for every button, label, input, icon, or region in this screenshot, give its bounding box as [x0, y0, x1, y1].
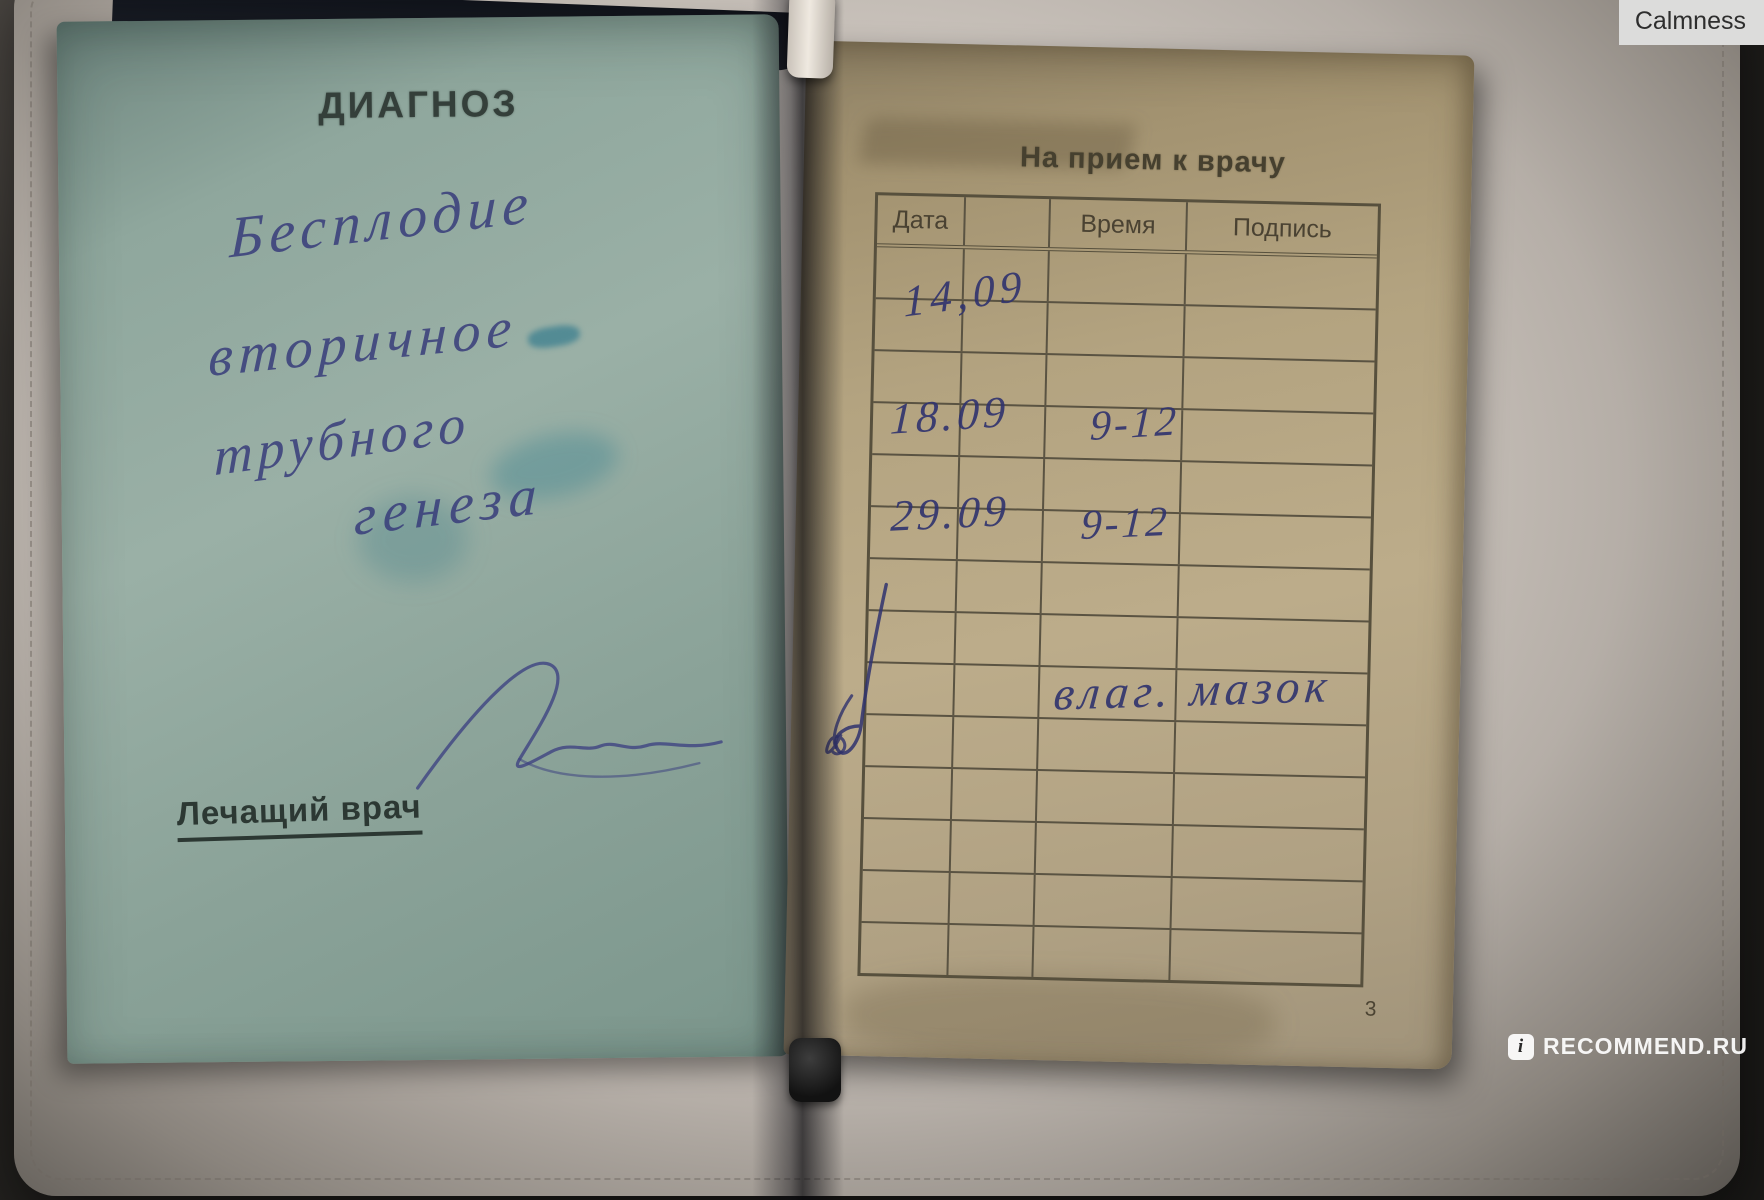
table-cell	[951, 821, 1037, 873]
handwritten-diagnosis-line: трубного	[214, 391, 470, 488]
table-cell	[1048, 303, 1186, 356]
table-header-cell	[965, 197, 1051, 247]
table-cell	[864, 767, 953, 819]
table-cell	[1185, 306, 1376, 360]
handwritten-time: 9-12	[1079, 498, 1171, 550]
table-cell	[956, 613, 1042, 665]
appointment-page: На прием к врачу ДатаВремяПодпись 14,09 …	[784, 41, 1475, 1070]
handwritten-note: влаг. мазок	[1051, 659, 1334, 721]
table-row	[860, 923, 1361, 984]
handwritten-diagnosis-line: Бесплодие	[229, 168, 535, 271]
table-cell	[1035, 875, 1173, 928]
table-cell	[948, 925, 1034, 977]
handwritten-diagnosis-line: генеза	[353, 462, 544, 548]
table-cell	[862, 871, 951, 923]
doctor-signature	[398, 635, 740, 814]
table-cell	[1036, 823, 1174, 876]
table-cell	[1179, 566, 1370, 620]
handwritten-date: 29.09	[889, 485, 1011, 542]
photo-scene: ДИАГНОЗ Бесплодие вторичное трубного ген…	[0, 0, 1764, 1200]
table-header-cell: Подпись	[1187, 202, 1378, 254]
cover-clasp-button	[789, 1038, 841, 1102]
table-header-cell: Время	[1050, 199, 1188, 250]
pen-clip	[787, 0, 836, 79]
table-cell	[1174, 774, 1365, 828]
attending-doctor-label: Лечащий врач	[176, 787, 422, 842]
bleedthrough-smudge	[844, 972, 1276, 1067]
info-icon: i	[1508, 1034, 1534, 1060]
table-cell	[1038, 719, 1176, 772]
recommend-watermark: i RECOMMEND.RU	[1508, 1033, 1748, 1060]
recommend-watermark-label: RECOMMEND.RU	[1543, 1033, 1748, 1060]
table-cell	[1186, 254, 1377, 308]
ink-stain	[527, 323, 581, 351]
appointment-heading: На прием к врачу	[834, 137, 1473, 184]
handwritten-diagnosis-line: вторичное	[207, 295, 518, 390]
pen-scribble-mark	[820, 577, 914, 769]
table-cell	[1040, 615, 1178, 668]
table-cell	[1172, 878, 1363, 932]
table-cell	[1175, 722, 1366, 776]
diagnosis-heading: ДИАГНОЗ	[57, 80, 779, 130]
table-cell	[1183, 358, 1374, 412]
table-cell	[863, 819, 952, 871]
table-cell	[1037, 771, 1175, 824]
table-cell	[957, 561, 1043, 613]
table-cell	[860, 923, 949, 975]
table-cell	[950, 873, 1036, 925]
table-cell	[1170, 930, 1361, 984]
table-cell	[1049, 251, 1187, 304]
diagnosis-page: ДИАГНОЗ Бесплодие вторичное трубного ген…	[57, 14, 790, 1064]
handwritten-time: 9-12	[1089, 397, 1180, 451]
table-cell	[1182, 410, 1373, 464]
table-cell	[954, 665, 1040, 717]
table-cell	[953, 717, 1039, 769]
page-number: 3	[1364, 997, 1376, 1021]
table-cell	[952, 769, 1038, 821]
table-cell	[1042, 563, 1180, 616]
table-cell	[1173, 826, 1364, 880]
table-cell	[1181, 462, 1372, 516]
handwritten-date: 18.09	[889, 386, 1010, 445]
calmness-watermark: Calmness	[1619, 0, 1764, 45]
table-cell	[1033, 927, 1171, 980]
table-header-cell: Дата	[877, 195, 966, 245]
table-cell	[1180, 514, 1371, 568]
